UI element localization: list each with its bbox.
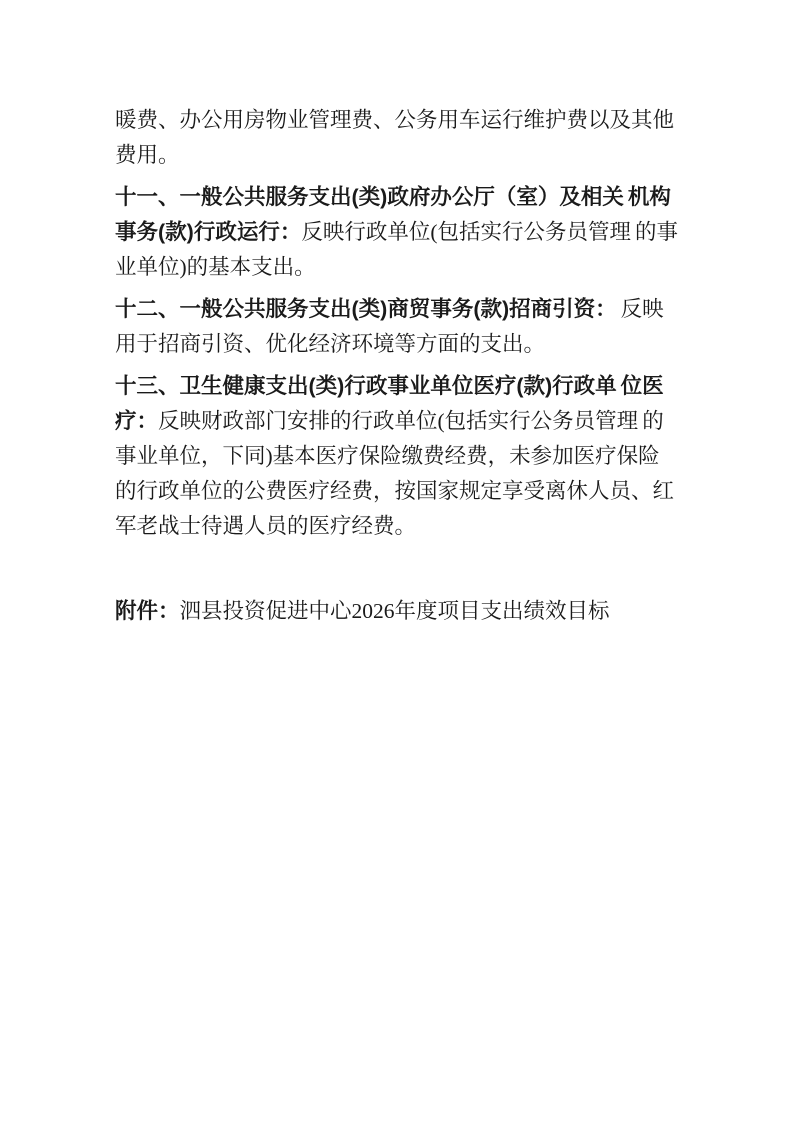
text-line: 军老战士待遇人员的医疗经费。 [115,514,416,538]
text-line: 十一、一般公共服务支出(类)政府办公厅（室）及相关 [115,185,624,209]
text-line: 费用。 [115,143,180,167]
text-line: 附件：泗县投资促进中心2026年度项目支出绩效目标 [115,599,610,623]
text-line: 暖费、办公用房物业管理费、公务用车运行维护费以及其他 [115,108,674,132]
paragraph-item-13: 十三、卫生健康支出(类)行政事业单位医疗(款)行政单 位医疗：反映财政部门安排的… [115,369,681,544]
paragraph-item-11: 十一、一般公共服务支出(类)政府办公厅（室）及相关 机构事务(款)行政运行：反映… [115,180,681,285]
text-segment: 反映行政单位(包括实行公务员管理 [301,220,631,244]
text-line: 十二、一般公共服务支出(类)商贸事务(款)招商引资： [115,297,617,321]
text-segment: 费用。 [115,143,180,167]
text-segment: 军老战士待遇人员的医疗经费。 [115,514,416,538]
text-line: 十三、卫生健康支出(类)行政事业单位医疗(款)行政单 [115,374,617,398]
heading-segment: 十三、卫生健康支出(类)行政事业单位医疗(款)行政单 [115,374,617,398]
document-page: 暖费、办公用房物业管理费、公务用车运行维护费以及其他 费用。 十一、一般公共服务… [0,0,793,1122]
document-body: 暖费、办公用房物业管理费、公务用车运行维护费以及其他 费用。 十一、一般公共服务… [115,103,681,629]
attachment-title: 泗县投资促进中心2026年度项目支出绩效目标 [180,599,610,623]
paragraph-item-12: 十二、一般公共服务支出(类)商贸事务(款)招商引资： 反映用于招商引资、优化经济… [115,292,681,362]
heading-segment: 十一、一般公共服务支出(类)政府办公厅（室）及相关 [115,185,624,209]
paragraph-fee-continuation: 暖费、办公用房物业管理费、公务用车运行维护费以及其他 费用。 [115,103,681,173]
heading-segment: 十二、一般公共服务支出(类)商贸事务(款)招商引资： [115,297,617,321]
attachment-label: 附件： [115,599,180,623]
text-segment: 反映财政部门安排的行政单位(包括实行公务员管理 [158,409,638,433]
paragraph-attachment: 附件：泗县投资促进中心2026年度项目支出绩效目标 [115,594,681,629]
text-line: 的行政单位的公费医疗经费，按国家规定享受离休人员、红 [115,479,674,503]
text-segment: 暖费、办公用房物业管理费、公务用车运行维护费以及其他 [115,108,674,132]
text-segment: 的行政单位的公费医疗经费，按国家规定享受离休人员、红 [115,479,674,503]
